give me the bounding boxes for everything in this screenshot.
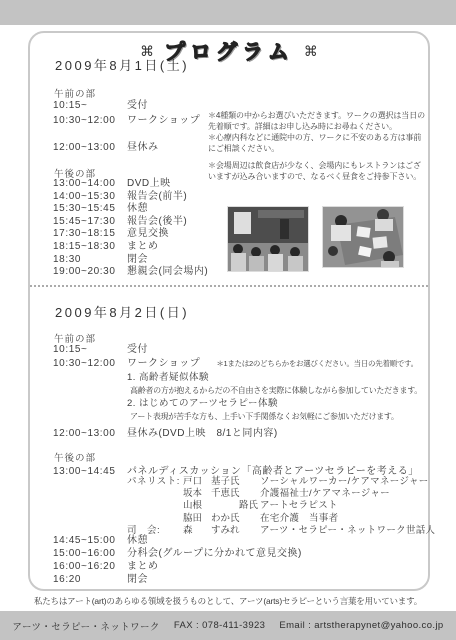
day1-morning-schedule: 10:15~ 受付 10:30~12:00 ワークショップ 12:00~13:0… (53, 99, 200, 156)
workshop-table-photo (322, 206, 404, 268)
command-ornament-right-icon: ⌘ (304, 43, 318, 59)
panelist-lastname: 戸口 (183, 476, 211, 488)
row-activity: 報告会(前半) (127, 191, 187, 204)
schedule-row: 17:30~18:15意見交換 (53, 228, 208, 241)
schedule-row: 18:30閉会 (53, 254, 208, 267)
day1-notes: ＊4種類の中からお選びいただきます。ワークの選択は当日の先着順です。詳細はお申し… (208, 110, 426, 182)
row-time: 17:30~18:15 (53, 228, 127, 241)
panelist-row: 坂本 千恵氏 介護福祉士/ケアマネージャー (127, 488, 435, 500)
day2-lunch-row: 12:00~13:00 昼休み(DVD上映 8/1と同内容) (53, 424, 278, 439)
workshop-choice-note: ＊1または2のどちらかをお選びください。当日の先着順です。 (216, 357, 418, 371)
day2-workshop-options: 1. 高齢者疑似体験 高齢者の方が抱えるからだの不自由さを実際に体験しながら参加… (127, 371, 422, 423)
panelist-row: 山根 路氏 アートセラピスト (127, 500, 435, 512)
schedule-row: 15:00~16:00分科会(グループに分かれて意見交換) (53, 547, 302, 560)
panelist-lastname: 坂本 (183, 488, 211, 500)
panelist-lastname: 脇田 (183, 513, 211, 525)
row-activity: 懇親会(同会場内) (127, 266, 208, 279)
schedule-row: 14:00~15:30報告会(前半) (53, 191, 208, 204)
schedule-row: 14:45~15:00休憩 (53, 534, 302, 547)
row-time: 14:00~15:30 (53, 191, 127, 204)
lecture-photo (227, 206, 309, 272)
note-medical: ＊心療内科などに通院中の方、ワークに不安のある方は事前にご相談ください。 (208, 132, 426, 154)
row-activity: 分科会(グループに分かれて意見交換) (127, 547, 302, 560)
contact-band: アーツ・セラピー・ネットワーク FAX : 078-411-3923 Email… (0, 611, 456, 640)
row-activity: まとめ (127, 560, 159, 573)
schedule-row: 10:15~ 受付 (53, 343, 418, 357)
row-activity: 意見交換 (127, 228, 169, 241)
panelist-role: 在宅介護 当事者 (260, 513, 338, 525)
schedule-row: 12:00~13:00 昼休み (53, 141, 200, 156)
program-flyer-page: { "header": { "ornament_left": "⌘", "tit… (0, 0, 456, 640)
panelist-row: 脇田 わか氏 在宅介護 当事者 (127, 513, 435, 525)
note-workshop-choice: ＊4種類の中からお選びいただきます。ワークの選択は当日の先着順です。詳細はお申し… (208, 110, 426, 132)
program-box: ⌘プログラム⌘ 2009年8月1日(土) 午前の部 10:15~ 受付 10:3… (28, 31, 430, 591)
day-separator-dashed-line (30, 285, 428, 287)
row-activity: ワークショップ (127, 114, 200, 129)
row-time: 12:00~13:00 (53, 428, 127, 439)
panelist-role: 介護福祉士/ケアマネージャー (260, 488, 390, 500)
row-time: 10:30~12:00 (53, 114, 127, 129)
day2-date: 2009年8月2日(日) (55, 302, 189, 321)
row-time: 18:15~18:30 (53, 241, 127, 254)
panelists-label: パネリスト: (127, 476, 183, 488)
row-activity: パネルディスカッション「高齢者とアーツセラピーを考える」 (127, 462, 419, 477)
panelist-role: アートセラピスト (260, 500, 338, 512)
panelists-block: パネリスト: 戸口 基子氏 ソーシャルワーカー/ケアマネージャー 坂本 千恵氏 … (127, 476, 435, 537)
schedule-row: 15:45~17:30報告会(後半) (53, 216, 208, 229)
schedule-row: 13:00~14:45 パネルディスカッション「高齢者とアーツセラピーを考える」 (53, 462, 419, 477)
schedule-row: 16:20閉会 (53, 573, 302, 586)
panelist-firstname: 千恵氏 (211, 488, 260, 500)
row-activity: 閉会 (127, 254, 148, 267)
panelist-firstname: わか氏 (211, 513, 260, 525)
email-address: Email : artstherapynet@yahoo.co.jp (279, 620, 443, 631)
row-time: 10:15~ (53, 343, 127, 357)
row-time: 10:15~ (53, 99, 127, 114)
option-title: 2. はじめてのアーツセラピー体験 (127, 397, 422, 410)
schedule-row: 16:00~16:20まとめ (53, 560, 302, 573)
terminology-note: 私たちはアート(art)のあらゆる領域を扱うものとして、アーツ(arts)セラピ… (0, 595, 456, 607)
schedule-row: 18:15~18:30まとめ (53, 241, 208, 254)
row-activity: 昼休み (127, 141, 159, 156)
panelist-firstname: 路氏 (211, 500, 260, 512)
day2-closing-schedule: 14:45~15:00休憩 15:00~16:00分科会(グループに分かれて意見… (53, 534, 302, 586)
schedule-row: 13:00~14:00DVD上映 (53, 178, 208, 191)
schedule-row: 12:00~13:00 昼休み(DVD上映 8/1と同内容) (53, 424, 278, 439)
row-time: 15:30~15:45 (53, 203, 127, 216)
row-activity: DVD上映 (127, 178, 171, 191)
row-time: 19:00~20:30 (53, 266, 127, 279)
day1-photos (227, 206, 404, 272)
row-time: 12:00~13:00 (53, 141, 127, 156)
panelist-role: ソーシャルワーカー/ケアマネージャー (260, 476, 429, 488)
option-desc: 高齢者の方が抱えるからだの不自由さを実際に体験しながら参加していただきます。 (130, 384, 422, 397)
panelist-row: パネリスト: 戸口 基子氏 ソーシャルワーカー/ケアマネージャー (127, 476, 435, 488)
row-time: 16:20 (53, 573, 127, 586)
row-activity: 報告会(後半) (127, 216, 187, 229)
row-activity: まとめ (127, 241, 159, 254)
row-time: 16:00~16:20 (53, 560, 127, 573)
schedule-row: 10:30~12:00 ワークショップ (53, 114, 200, 129)
day1-date: 2009年8月1日(土) (55, 55, 189, 74)
panelist-lastname: 山根 (183, 500, 211, 512)
schedule-row: 10:15~ 受付 (53, 99, 200, 114)
day1-afternoon-schedule: 13:00~14:00DVD上映 14:00~15:30報告会(前半) 15:3… (53, 178, 208, 279)
row-time: 10:30~12:00 (53, 357, 127, 371)
row-activity: 閉会 (127, 573, 148, 586)
row-activity: 昼休み(DVD上映 8/1と同内容) (127, 424, 278, 439)
organization-name: アーツ・セラピー・ネットワーク (12, 619, 159, 633)
option-title: 1. 高齢者疑似体験 (127, 371, 422, 384)
row-time: 18:30 (53, 254, 127, 267)
row-time: 15:00~16:00 (53, 547, 127, 560)
schedule-row: 10:30~12:00 ワークショップ ＊1または2のどちらかをお選びください。… (53, 357, 418, 371)
schedule-row: 15:30~15:45休憩 (53, 203, 208, 216)
row-time: 13:00~14:45 (53, 466, 127, 477)
row-time: 13:00~14:00 (53, 178, 127, 191)
row-time: 14:45~15:00 (53, 534, 127, 547)
schedule-row: 19:00~20:30懇親会(同会場内) (53, 266, 208, 279)
day2-morning-schedule: 10:15~ 受付 10:30~12:00 ワークショップ ＊1または2のどちら… (53, 343, 418, 370)
fax-number: FAX : 078-411-3923 (174, 620, 266, 631)
panelist-firstname: 基子氏 (211, 476, 260, 488)
row-activity: 受付 (127, 343, 148, 357)
row-activity: ワークショップ (127, 357, 200, 371)
day2-panel-row: 13:00~14:45 パネルディスカッション「高齢者とアーツセラピーを考える」 (53, 462, 419, 477)
row-activity: 休憩 (127, 203, 148, 216)
row-activity: 休憩 (127, 534, 148, 547)
top-gray-band (0, 0, 456, 25)
note-lunch: ＊会場周辺は飲食店が少なく、会場内にもレストランはございますが込み合いますので、… (208, 160, 426, 182)
option-desc: アート表現が苦手な方も、上手い下手関係なくお気軽にご参加いただけます。 (130, 410, 422, 423)
row-time: 15:45~17:30 (53, 216, 127, 229)
day1-morning-label: 午前の部 (54, 86, 96, 100)
row-activity: 受付 (127, 99, 148, 114)
